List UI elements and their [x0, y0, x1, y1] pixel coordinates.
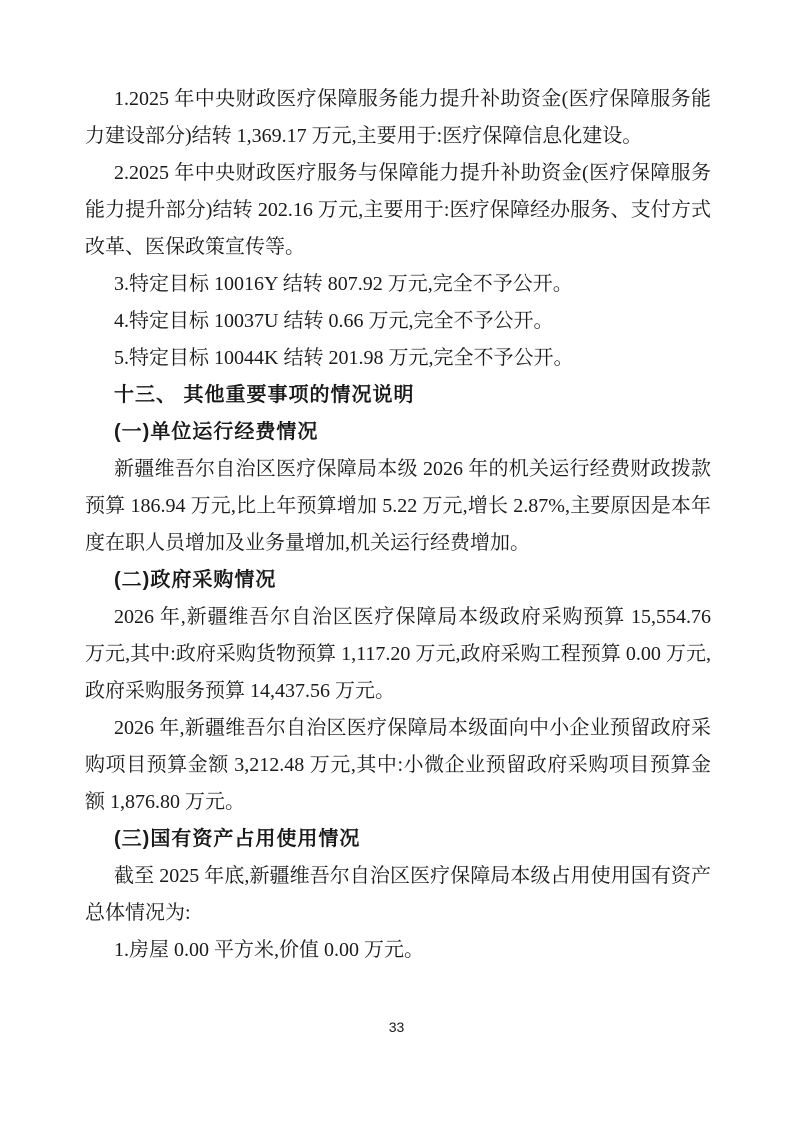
document-page: 1.2025 年中央财政医疗保障服务能力提升补助资金(医疗保障服务能力建设部分)… [0, 0, 793, 1122]
subheading-3-state-assets: (三)国有资产占用使用情况 [85, 821, 711, 858]
paragraph-housing-assets: 1.房屋 0.00 平方米,价值 0.00 万元。 [85, 932, 711, 969]
section-heading-13-other-matters: 十三、 其他重要事项的情况说明 [85, 377, 711, 414]
paragraph-central-subsidy-2: 2.2025 年中央财政医疗服务与保障能力提升补助资金(医疗保障服务能力提升部分… [85, 155, 711, 266]
subheading-2-gov-procurement: (二)政府采购情况 [85, 562, 711, 599]
document-body: 1.2025 年中央财政医疗保障服务能力提升补助资金(医疗保障服务能力建设部分)… [85, 81, 711, 969]
subheading-1-operating-expenses: (一)单位运行经费情况 [85, 414, 711, 451]
paragraph-specific-target-10016Y: 3.特定目标 10016Y 结转 807.92 万元,完全不予公开。 [85, 266, 711, 303]
paragraph-operating-expenses: 新疆维吾尔自治区医疗保障局本级 2026 年的机关运行经费财政拨款预算 186.… [85, 451, 711, 562]
paragraph-sme-reserved-budget: 2026 年,新疆维吾尔自治区医疗保障局本级面向中小企业预留政府采购项目预算金额… [85, 710, 711, 821]
paragraph-state-assets-intro: 截至 2025 年底,新疆维吾尔自治区医疗保障局本级占用使用国有资产总体情况为: [85, 858, 711, 932]
page-number: 33 [0, 1019, 793, 1035]
paragraph-central-subsidy-1: 1.2025 年中央财政医疗保障服务能力提升补助资金(医疗保障服务能力建设部分)… [85, 81, 711, 155]
paragraph-procurement-budget: 2026 年,新疆维吾尔自治区医疗保障局本级政府采购预算 15,554.76 万… [85, 599, 711, 710]
paragraph-specific-target-10037U: 4.特定目标 10037U 结转 0.66 万元,完全不予公开。 [85, 303, 711, 340]
paragraph-specific-target-10044K: 5.特定目标 10044K 结转 201.98 万元,完全不予公开。 [85, 340, 711, 377]
